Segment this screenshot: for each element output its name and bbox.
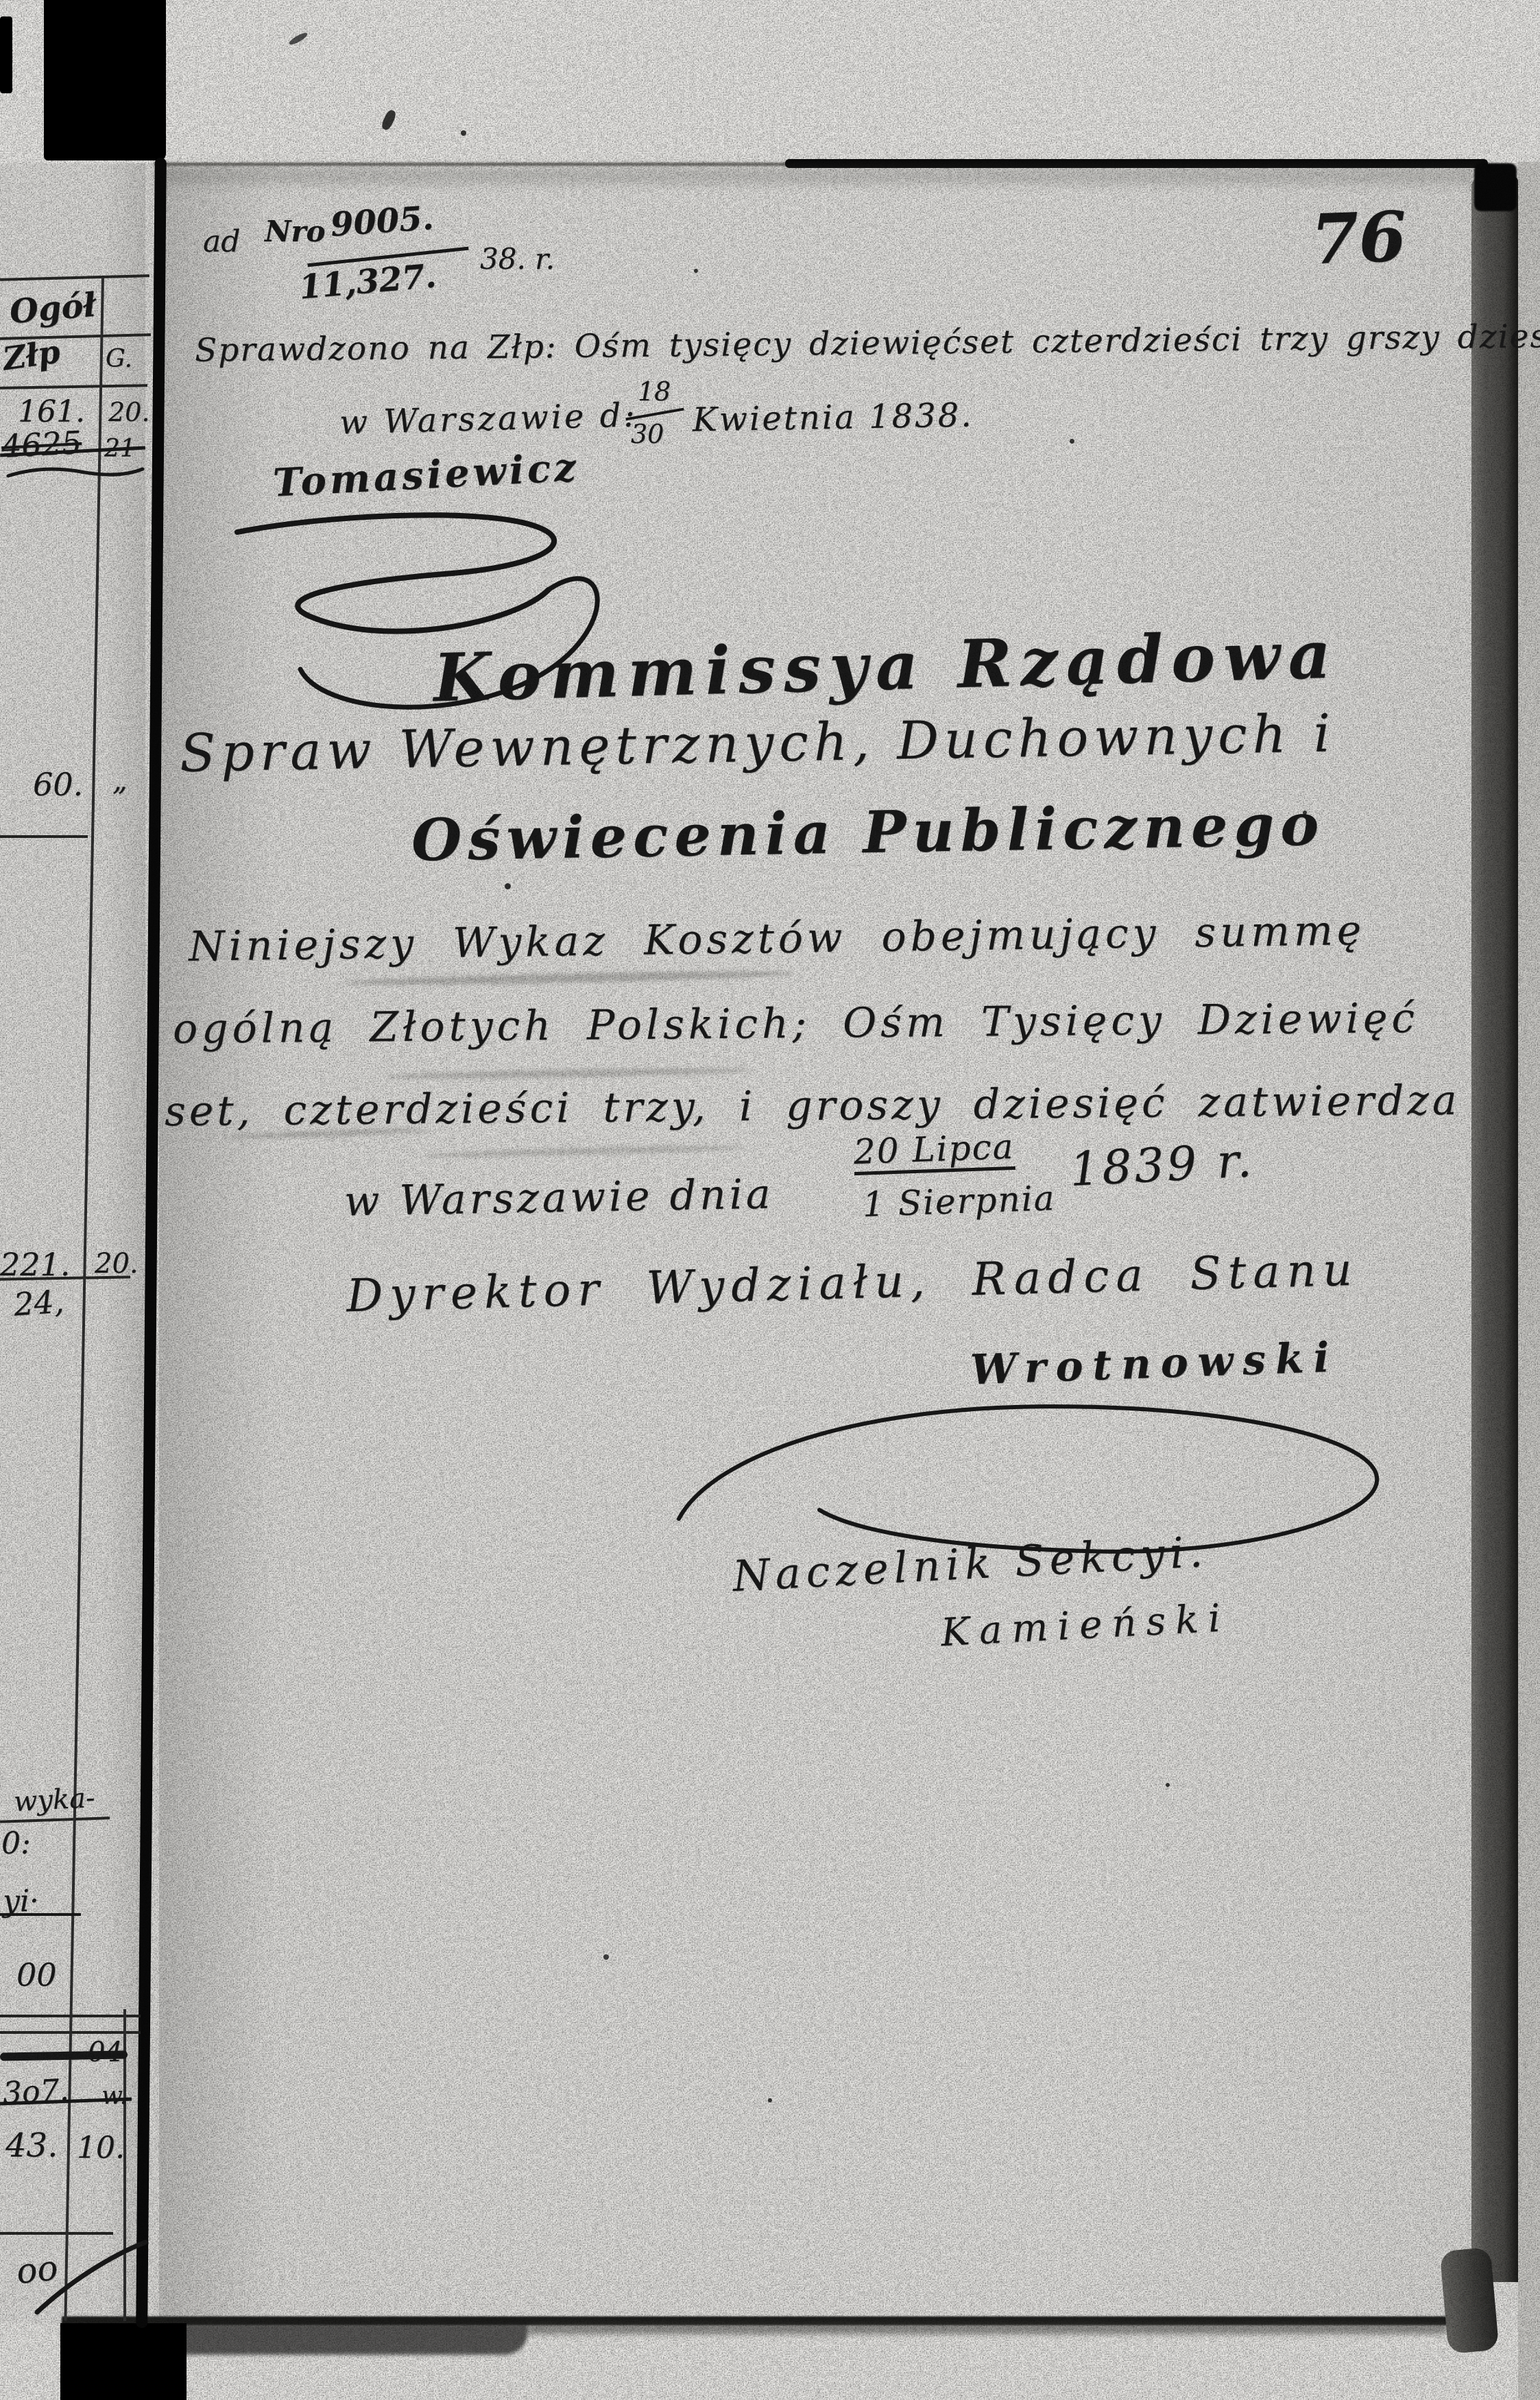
prev-row4-zloty: 221. (0, 1248, 70, 1281)
decree-date-bottom: 1 Sierpnia (862, 1180, 1056, 1223)
annotation-number-label: Nro (265, 217, 326, 247)
page-bottom-fuzz-mid (528, 2322, 1447, 2334)
prev-row12-zloty: 43. (5, 2128, 58, 2163)
right-page-edge-band (1471, 177, 1518, 2282)
verification-date-top: 18 (638, 379, 671, 406)
prev-row7-text: 0: (1, 1828, 31, 1860)
verification-date-bottom: 30 (631, 421, 664, 448)
decree-line3: set, czterdzieści trzy, i groszy dziesię… (165, 1079, 1460, 1133)
film-mark-bottom-left (60, 2323, 187, 2400)
ink-speck-9 (505, 883, 511, 889)
ink-speck-6 (603, 1954, 609, 1960)
ink-speck-4 (694, 269, 698, 273)
underlying-page-top (0, 0, 1540, 163)
decree-year: 1839 r. (1068, 1136, 1255, 1195)
prev-row11-grosze: w. (101, 2083, 128, 2109)
page-top-edge-faint (154, 163, 792, 166)
right-band-bottom-curve (1440, 2247, 1500, 2354)
film-sliver-left-edge (0, 16, 12, 93)
decree-line2: ogólną Złotych Polskich; Ośm Tysięcy Dzi… (173, 997, 1419, 1051)
prev-row11-zloty: 3o7. (2, 2075, 70, 2110)
prev-col-zloty: Złp (1, 335, 62, 375)
prev-row4-grosze: 20. (95, 1249, 139, 1278)
ink-speck-10 (1166, 1783, 1170, 1787)
prev-row3-grosze: „ (112, 765, 128, 795)
prev-row1-zloty: 161. (18, 396, 85, 428)
prev-underline-flourish (5, 461, 146, 484)
prev-row2-zloty: 4625 (1, 426, 82, 463)
right-band-top-corner (1474, 163, 1517, 211)
prev-table-line-4 (0, 835, 88, 838)
prev-row10-grosze: 04 (88, 2038, 123, 2067)
gutter-shadow (159, 163, 276, 2316)
annotation-suffix: 38. r. (480, 244, 555, 274)
prev-row6-text: wyka- (13, 1784, 95, 1816)
folio-number: 76 (1310, 201, 1408, 276)
decree-place: w Warszawie dnia (344, 1173, 774, 1224)
annotation-prefix: ad (203, 226, 240, 258)
prev-row12-grosze: 10. (77, 2133, 125, 2164)
decree-date-top: 20 Lipca (853, 1129, 1015, 1175)
prev-total-label: Ogół (8, 288, 97, 330)
prev-row8-text: yi· (3, 1886, 39, 1917)
prev-row1-grosze: 20. (108, 399, 149, 427)
prev-col-grosze: G. (106, 346, 132, 372)
heading-line3: Oświecenia Publicznego (411, 794, 1325, 870)
prev-row13-text: oo (14, 2250, 59, 2290)
prev-table-line-9 (0, 2232, 113, 2235)
ink-speck-5 (1070, 439, 1074, 444)
ink-speck-7 (768, 2098, 772, 2102)
prev-row9-text: 00 (16, 1958, 57, 1991)
prev-row2-grosze: 21 (104, 436, 136, 462)
verification-date-rest: Kwietnia 1838. (693, 398, 974, 437)
page-top-edge-fuzz (154, 167, 1488, 184)
verification-place: w Warszawie d: (339, 398, 638, 440)
ink-speck-3 (461, 130, 466, 136)
prev-row5-zloty: 24, (12, 1285, 64, 1321)
film-mark-top-left (44, 0, 166, 160)
page-block-right-edge (1518, 162, 1540, 2400)
prev-row3-zloty: 60. (33, 768, 83, 801)
annotation-number-top: 9005. (329, 201, 434, 243)
scanned-document-page: Ogół Złp G. 161. 20. 4625 21 60. „ 221. … (0, 0, 1540, 2400)
